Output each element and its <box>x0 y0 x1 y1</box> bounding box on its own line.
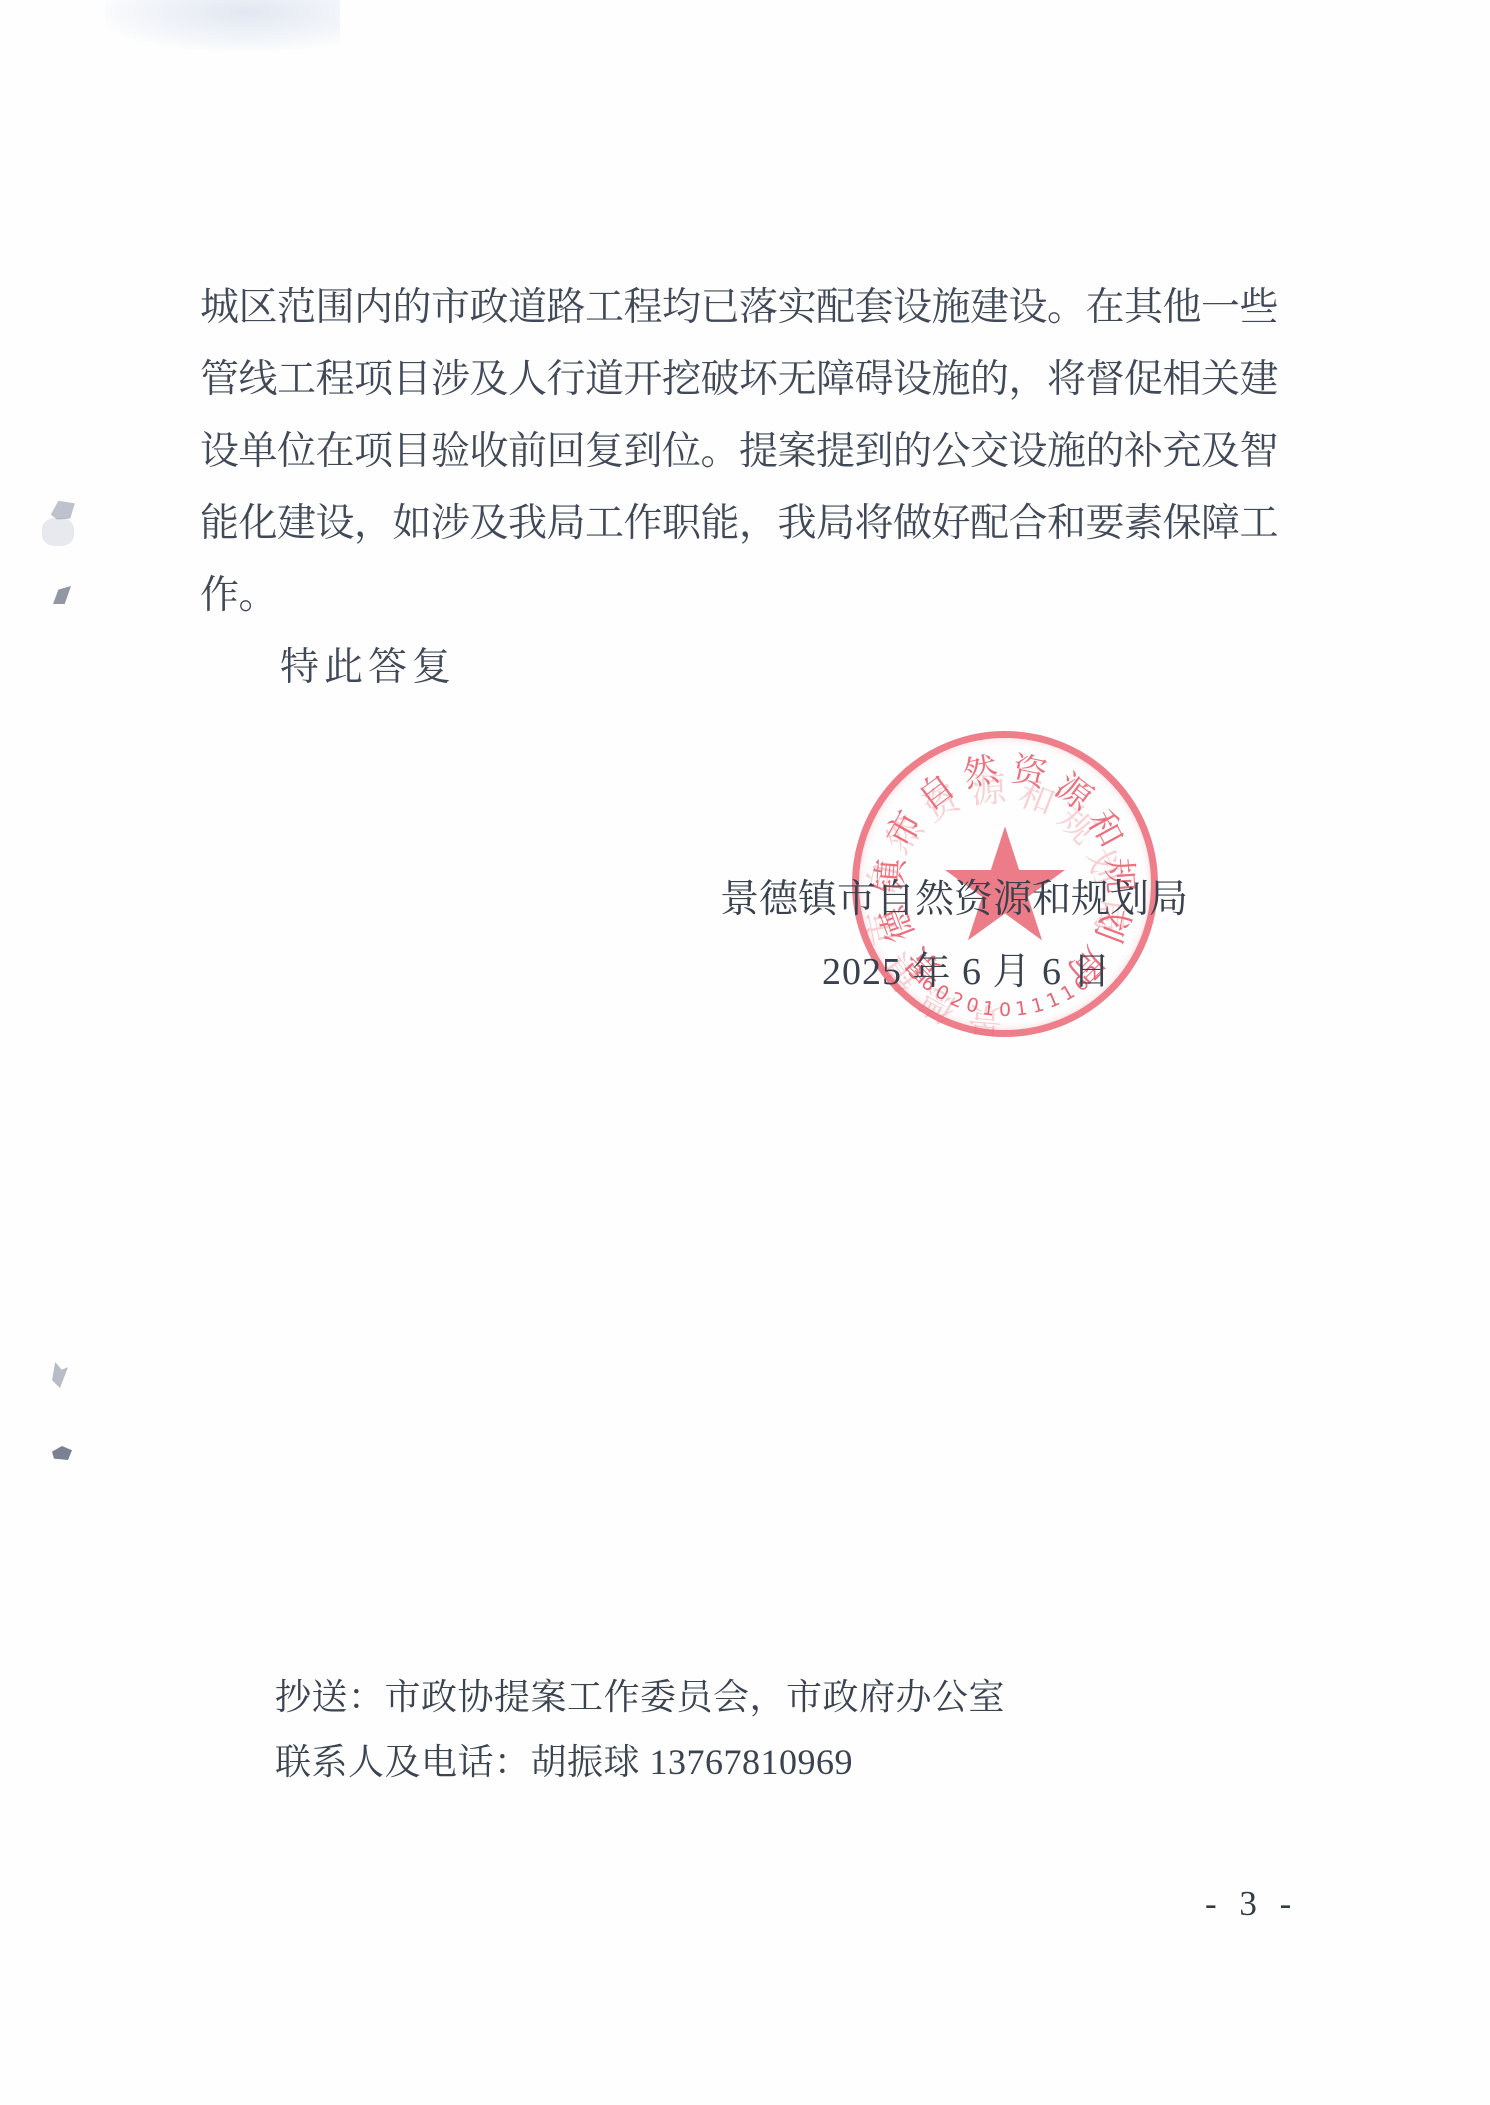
scan-smudge <box>53 586 71 604</box>
body-line: 管线工程项目涉及人行道开挖破坏无障碍设施的，将督促相关建 <box>200 344 1278 416</box>
footer-cc-line: 抄送：市政协提案工作委员会，市政府办公室 <box>275 1677 1005 1717</box>
body-line: 作。 <box>200 560 277 632</box>
document-page: 城区范围内的市政道路工程均已落实配套设施建设。在其他一些 管线工程项目涉及人行道… <box>0 0 1490 2105</box>
signature-agency: 景德镇市自然资源和规划局 <box>720 878 1188 922</box>
closing-line: 特此答复 <box>280 632 456 704</box>
body-line: 能化建设，如涉及我局工作职能，我局将做好配合和要素保障工 <box>200 488 1278 560</box>
footer-contact-line: 联系人及电话：胡振球 13767810969 <box>275 1742 853 1782</box>
signature-date: 2025 年 6 月 6 日 <box>822 951 1112 993</box>
scan-smudge <box>52 1362 68 1388</box>
page-number: - 3 - <box>1205 1885 1298 1923</box>
scan-smudge <box>42 518 74 546</box>
body-line: 设单位在项目验收前回复到位。提案提到的公交设施的补充及智 <box>200 416 1278 488</box>
scan-smudge <box>105 0 340 50</box>
scan-smudge <box>52 1446 72 1460</box>
body-line: 城区范围内的市政道路工程均已落实配套设施建设。在其他一些 <box>200 272 1278 344</box>
